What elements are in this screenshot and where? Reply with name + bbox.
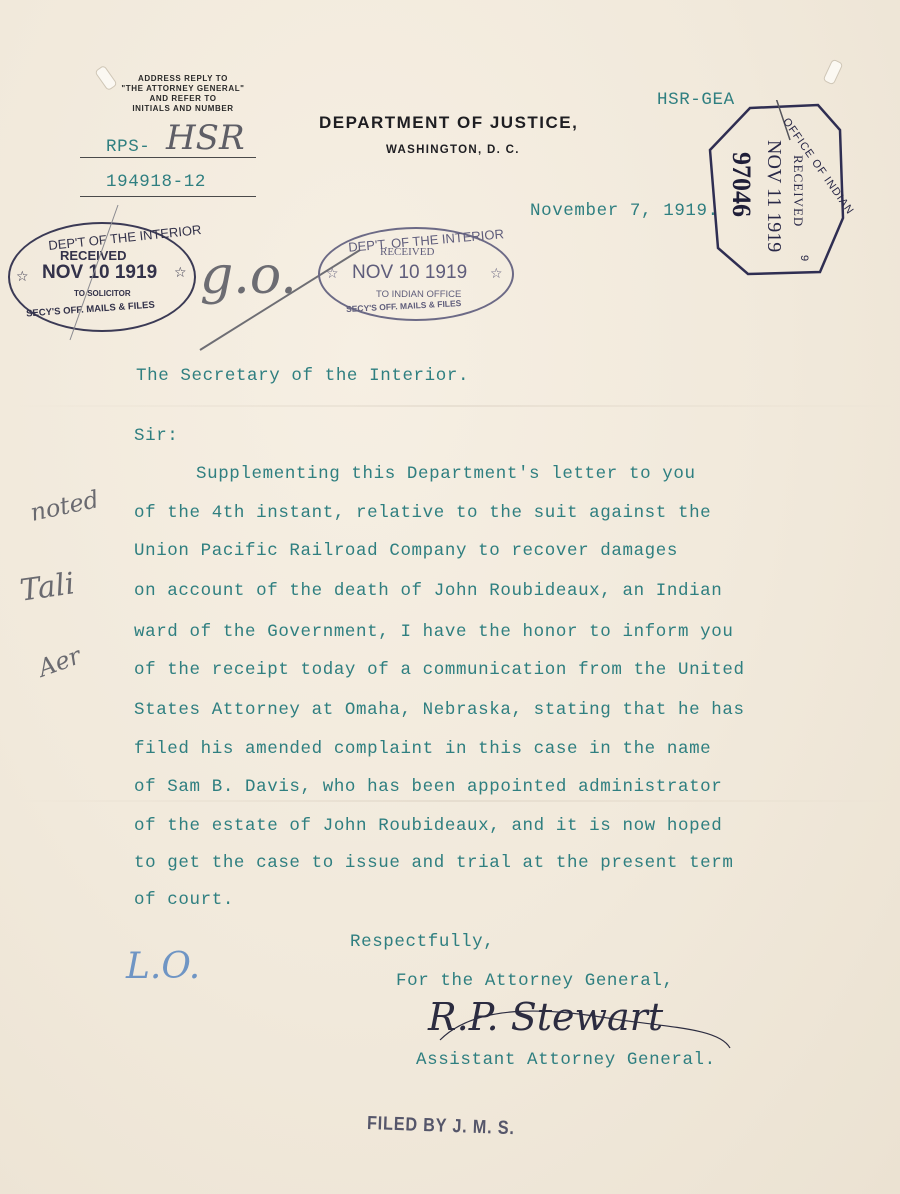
closing-respectfully: Respectfully, <box>350 932 494 952</box>
paper-fold <box>0 405 900 407</box>
address-line: AND REFER TO <box>118 94 248 104</box>
ref-rule <box>80 157 256 158</box>
filed-stamp: FILED BY J. M. S. <box>367 1113 516 1140</box>
staple-hole <box>822 59 843 86</box>
body-line: of the 4th instant, relative to the suit… <box>134 503 711 523</box>
address-line: ADDRESS REPLY TO <box>118 74 248 84</box>
margin-initials: Tali <box>18 566 77 608</box>
star-icon: ☆ <box>326 265 339 282</box>
ref-rule <box>80 196 256 197</box>
ref-initials-handwritten: HSR <box>166 118 245 158</box>
star-icon: ☆ <box>490 265 503 282</box>
address-line: "THE ATTORNEY GENERAL" <box>118 84 248 94</box>
stamp-received: RECEIVED <box>790 155 806 227</box>
body-line: Union Pacific Railroad Company to recove… <box>134 541 678 561</box>
department-title: DEPARTMENT OF JUSTICE, <box>319 113 578 133</box>
body-line: to get the case to issue and trial at th… <box>134 853 734 873</box>
body-line: of Sam B. Davis, who has been appointed … <box>134 777 722 797</box>
department-city: WASHINGTON, D. C. <box>386 144 520 156</box>
address-reply-note: ADDRESS REPLY TO "THE ATTORNEY GENERAL" … <box>118 74 248 114</box>
margin-note-noted: noted <box>28 485 101 527</box>
stamp-bottom: SECY'S OFF. MAILS & FILES <box>346 298 462 314</box>
salutation: Sir: <box>134 426 178 446</box>
staple-hole <box>94 65 118 92</box>
star-icon: ☆ <box>174 264 187 281</box>
body-line: of the estate of John Roubideaux, and it… <box>134 816 722 836</box>
body-line: of the receipt today of a communication … <box>134 660 745 680</box>
letter-date: November 7, 1919. <box>530 201 719 221</box>
body-line: of court. <box>134 890 234 910</box>
pencil-check-line <box>40 200 130 350</box>
body-line: ward of the Government, I have the honor… <box>134 622 734 642</box>
stamp-date: NOV 11 1919 <box>762 140 785 252</box>
closing-title: Assistant Attorney General. <box>416 1050 716 1070</box>
body-line: on account of the death of John Roubidea… <box>134 581 722 601</box>
stamp-received: RECEIVED <box>380 246 434 258</box>
stamp-suffix: 9 <box>798 255 810 261</box>
margin-initials: Aer <box>35 641 85 682</box>
body-line: filed his amended complaint in this case… <box>134 739 711 759</box>
body-line: Supplementing this Department's letter t… <box>196 464 696 484</box>
addressee: The Secretary of the Interior. <box>136 366 469 386</box>
blue-pencil-initials: L.O. <box>126 946 200 987</box>
ref-number: 194918-12 <box>106 172 206 192</box>
ref-initials-typed: RPS- <box>106 137 150 157</box>
closing-for: For the Attorney General, <box>396 971 674 991</box>
paper-fold <box>0 800 900 802</box>
interior-indian-office-stamp: DEP'T. OF THE INTERIOR RECEIVED NOV 10 1… <box>318 227 514 321</box>
body-line: States Attorney at Omaha, Nebraska, stat… <box>134 700 745 720</box>
stamp-date: NOV 10 1919 <box>352 262 467 284</box>
stamp-number: 97046 <box>726 152 756 217</box>
star-icon: ☆ <box>16 268 29 285</box>
address-line: INITIALS AND NUMBER <box>118 104 248 114</box>
